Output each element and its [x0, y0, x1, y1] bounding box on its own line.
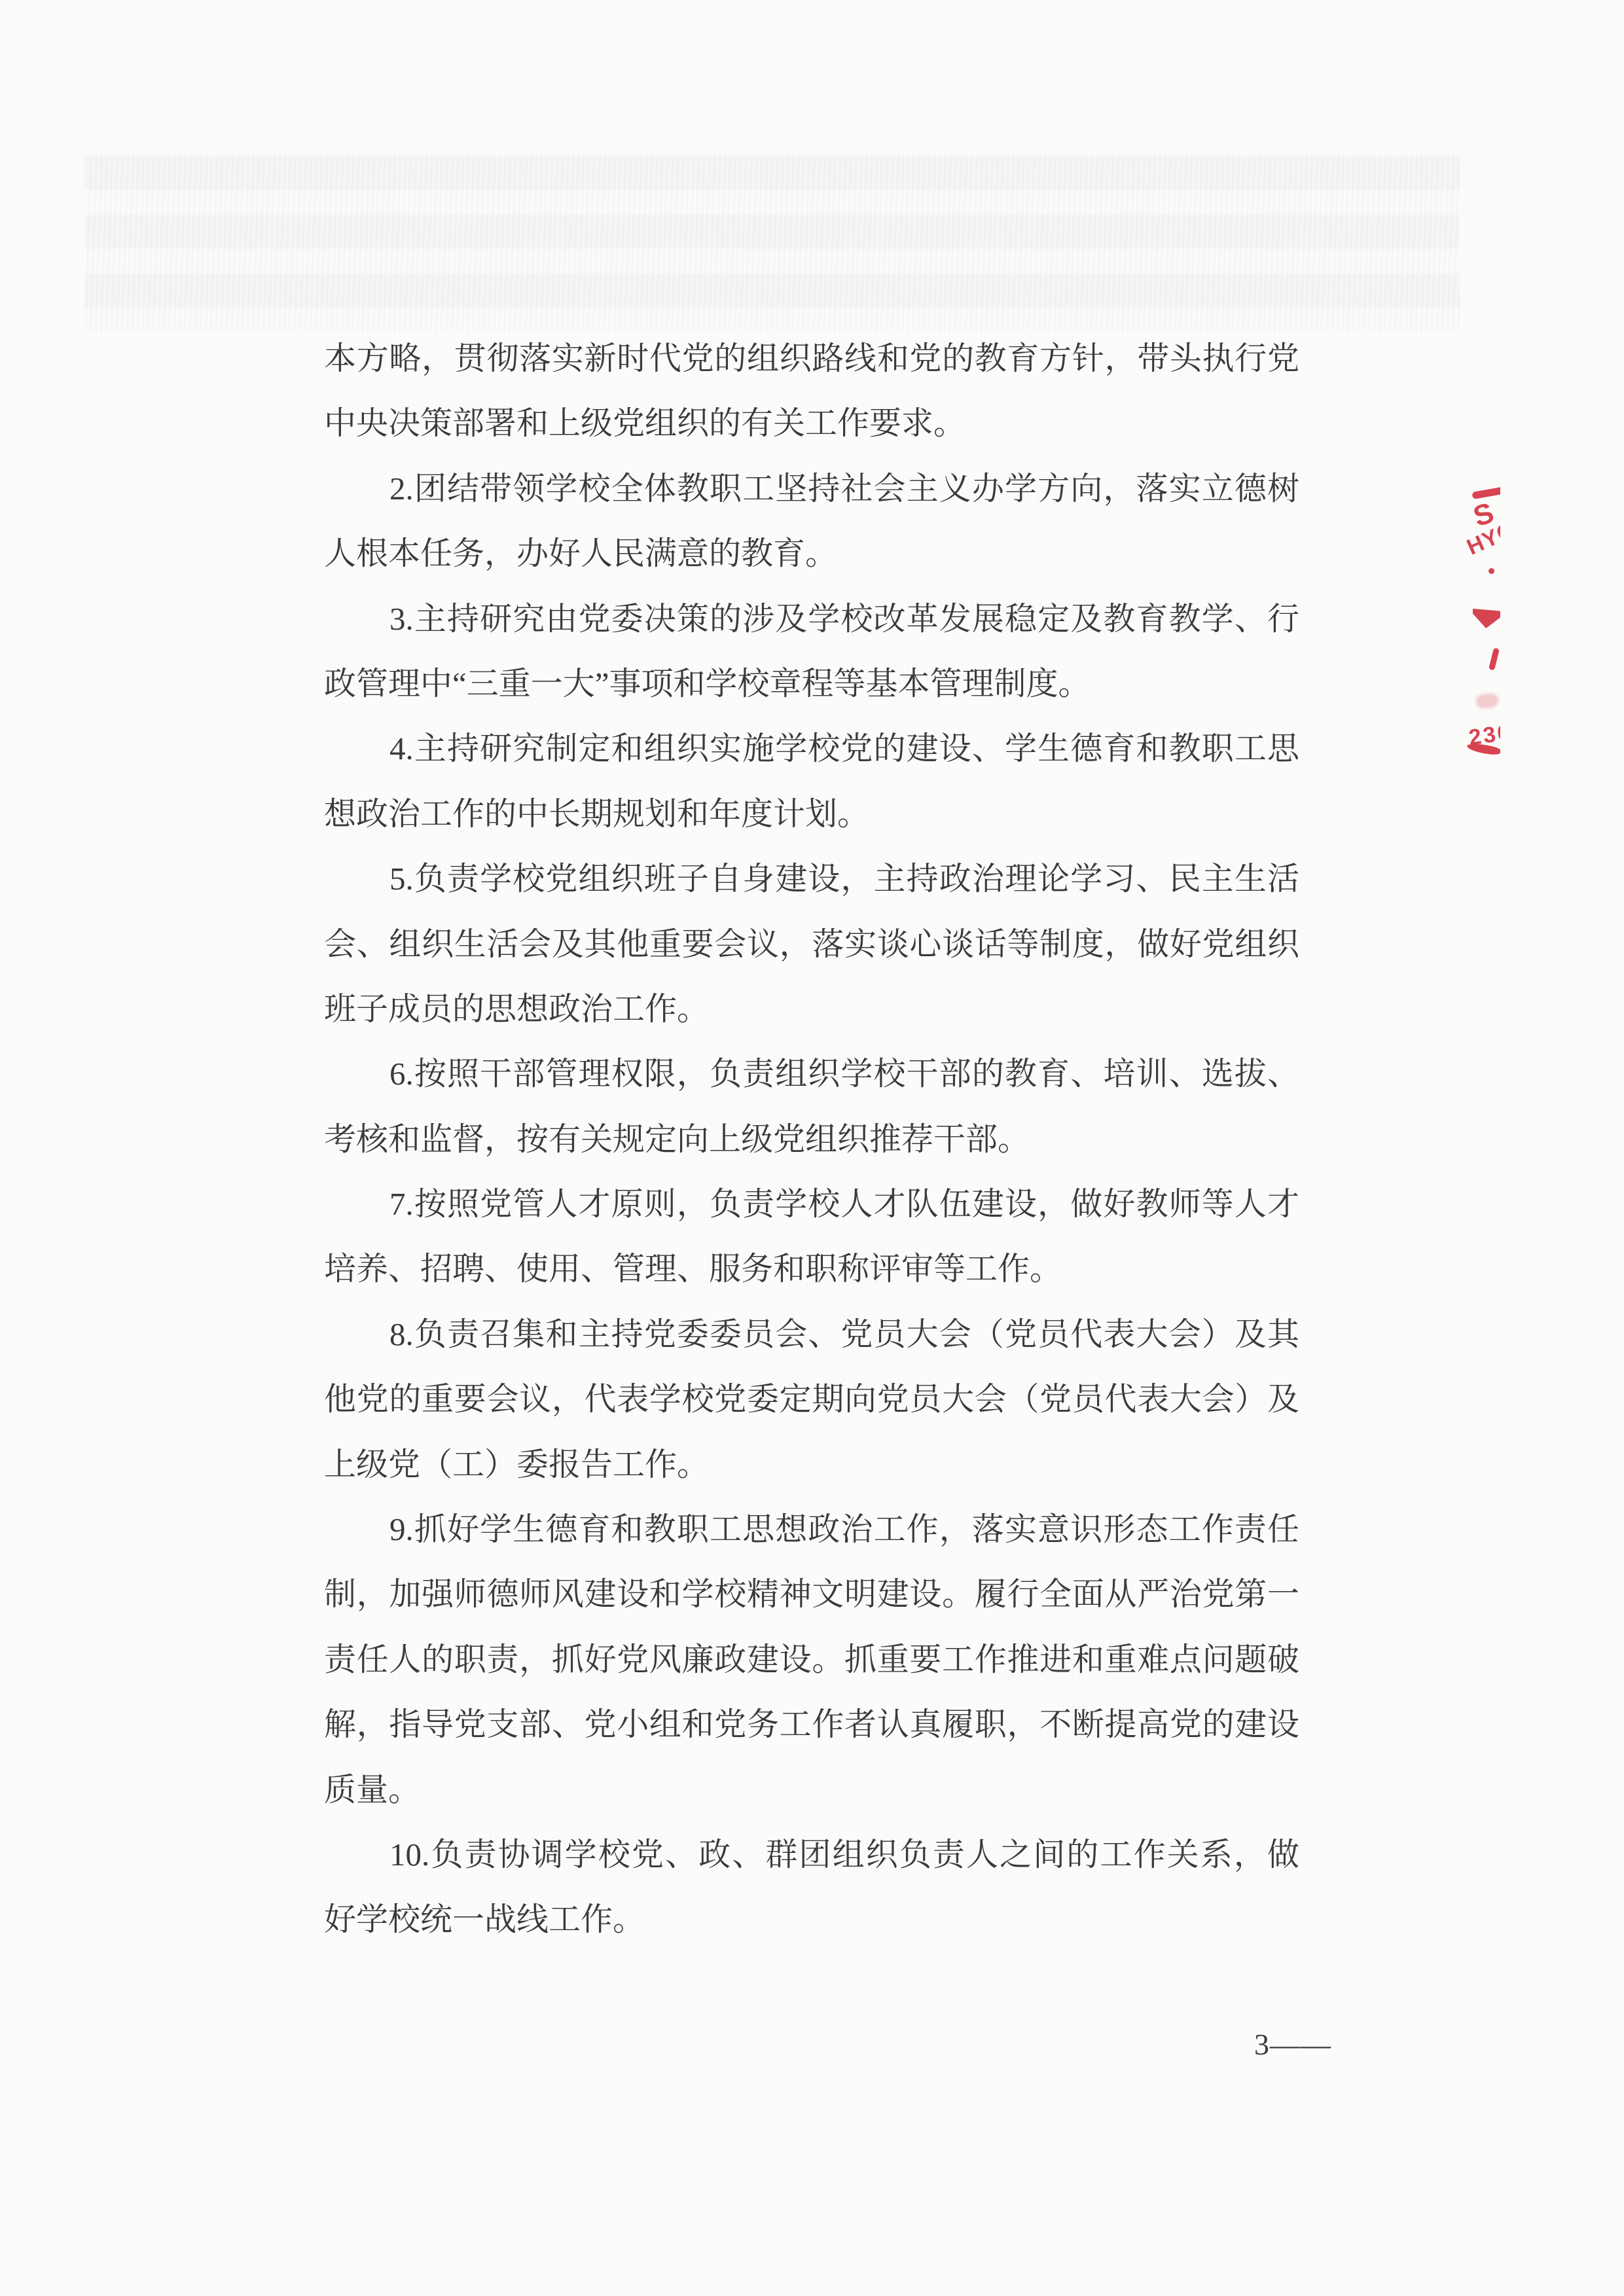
- text-line: 6.按照干部管理权限，负责组织学校干部的教育、培训、选拔、: [324, 1041, 1299, 1106]
- text-line: 10.负责协调学校党、政、群团组织负责人之间的工作关系，做: [324, 1822, 1299, 1887]
- text-line: 考核和监督，按有关规定向上级党组织推荐干部。: [324, 1107, 1299, 1172]
- text-line: 2.团结带领学校全体教职工坚持社会主义办学方向，落实立德树: [324, 456, 1299, 521]
- stamp-smudge-icon: [1475, 692, 1499, 709]
- stamp-curve-icon: [1489, 647, 1500, 670]
- text-line: 9.抓好学生德育和教职工思想政治工作，落实意识形态工作责任: [324, 1497, 1299, 1562]
- text-line: 解，指导党支部、党小组和党务工作者认真履职，不断提高党的建设: [324, 1692, 1299, 1757]
- text-line: 5.负责学校党组织班子自身建设，主持政治理论学习、民主生活: [324, 846, 1299, 911]
- bleedthrough-smudge: [85, 156, 1460, 331]
- red-stamp-fragments: S HYC 236: [1465, 478, 1500, 766]
- stamp-triangle-icon: [1473, 609, 1500, 628]
- text-line: 他党的重要会议，代表学校党委定期向党员大会（党员代表大会）及: [324, 1367, 1299, 1431]
- text-line: 会、组织生活会及其他重要会议，落实谈心谈话等制度，做好党组织: [324, 912, 1299, 977]
- text-line: 中央决策部署和上级党组织的有关工作要求。: [324, 391, 1299, 456]
- text-line: 班子成员的思想政治工作。: [324, 977, 1299, 1041]
- scanned-document-page: 本方略，贯彻落实新时代党的组织路线和党的教育方针，带头执行党中央决策部署和上级党…: [0, 0, 1624, 2296]
- text-line: 想政治工作的中长期规划和年度计划。: [324, 781, 1299, 846]
- text-line: 好学校统一战线工作。: [324, 1887, 1299, 1952]
- text-line: 培养、招聘、使用、管理、服务和职称评审等工作。: [324, 1236, 1299, 1301]
- stamp-dot-icon: [1489, 568, 1494, 574]
- document-body: 本方略，贯彻落实新时代党的组织路线和党的教育方针，带头执行党中央决策部署和上级党…: [324, 326, 1299, 1952]
- text-line: 4.主持研究制定和组织实施学校党的建设、学生德育和教职工思: [324, 716, 1299, 781]
- text-line: 3.主持研究由党委决策的涉及学校改革发展稳定及教育教学、行: [324, 586, 1299, 651]
- text-line: 7.按照党管人才原则，负责学校人才队伍建设，做好教师等人才: [324, 1172, 1299, 1236]
- text-line: 质量。: [324, 1757, 1299, 1822]
- text-line: 责任人的职责，抓好党风廉政建设。抓重要工作推进和重难点问题破: [324, 1627, 1299, 1692]
- text-line: 8.负责召集和主持党委委员会、党员大会（党员代表大会）及其: [324, 1302, 1299, 1367]
- page-number: 3——: [1254, 2026, 1331, 2063]
- text-line: 制，加强师德师风建设和学校精神文明建设。履行全面从严治党第一: [324, 1562, 1299, 1626]
- text-line: 上级党（工）委报告工作。: [324, 1432, 1299, 1497]
- text-line: 人根本任务，办好人民满意的教育。: [324, 521, 1299, 586]
- text-line: 本方略，贯彻落实新时代党的组织路线和党的教育方针，带头执行党: [324, 326, 1299, 391]
- text-line: 政管理中“三重一大”事项和学校章程等基本管理制度。: [324, 651, 1299, 716]
